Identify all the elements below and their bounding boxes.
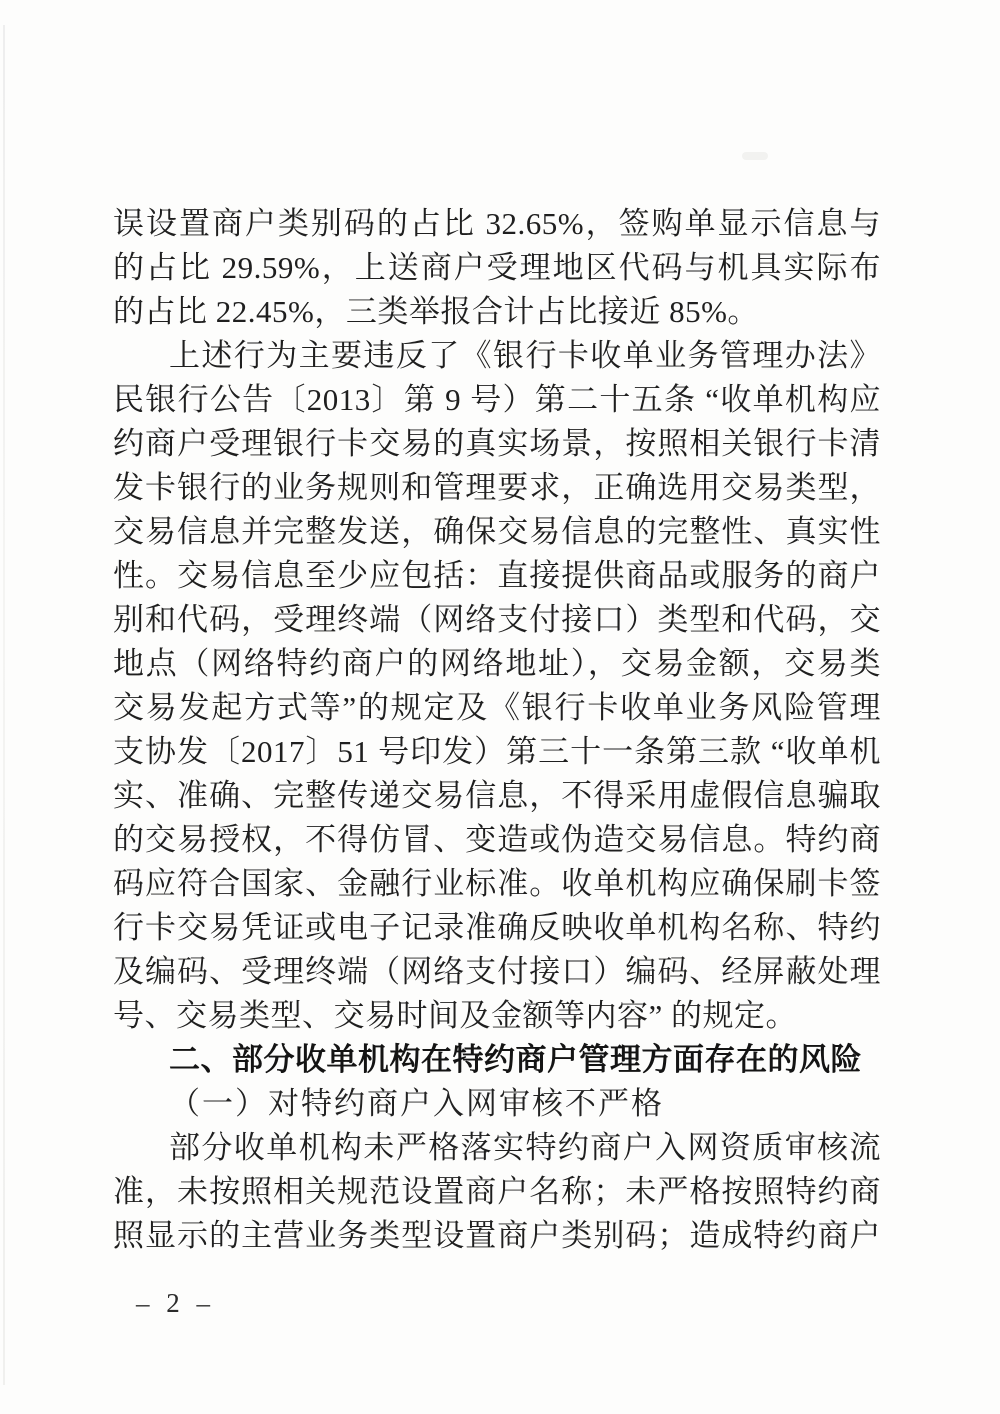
paragraph-line: 实、准确、完整传递交易信息，不得采用虚假信息骗取发卡银行 xyxy=(113,774,881,818)
scan-smudge-artifact xyxy=(742,152,768,160)
text-block: 误设置商户类别码的占比 32.65%，签购单显示信息与事实不符 的占比 29.5… xyxy=(113,202,881,1258)
paragraph-line: 发卡银行的业务规则和管理要求，正确选用交易类型，准确标识 xyxy=(113,466,881,510)
paragraph-end-line: 的占比 22.45%，三类举报合计占比接近 85%。 xyxy=(113,290,881,334)
paragraph-line: 误设置商户类别码的占比 32.65%，签购单显示信息与事实不符 xyxy=(113,202,881,246)
page-number: – 2 – xyxy=(136,1288,215,1319)
paragraph-line: 准，未按照相关规范设置商户名称；未严格按照特约商户营业执 xyxy=(113,1170,881,1214)
paragraph-line: 照显示的主营业务类型设置商户类别码；造成特约商户基本信息 xyxy=(113,1214,881,1258)
paragraph-line: 支协发〔2017〕51 号印发）第三十一条第三款 “收单机构应真 xyxy=(113,730,881,774)
paragraph-line: 码应符合国家、金融行业标准。收单机构应确保刷卡签购单等银 xyxy=(113,862,881,906)
paragraph-line: 约商户受理银行卡交易的真实场景，按照相关银行卡清算机构和 xyxy=(113,422,881,466)
paragraph-line: 的交易授权，不得仿冒、变造或伪造交易信息。特约商户类别代 xyxy=(113,818,881,862)
paragraph-line: 性。交易信息至少应包括：直接提供商品或服务的商户名称、类 xyxy=(113,554,881,598)
paragraph-line: 交易信息并完整发送，确保交易信息的完整性、真实性和可追溯 xyxy=(113,510,881,554)
document-page: 误设置商户类别码的占比 32.65%，签购单显示信息与事实不符 的占比 29.5… xyxy=(0,0,1000,1414)
subsection-heading: （一）对特约商户入网审核不严格 xyxy=(113,1082,881,1126)
section-heading: 二、部分收单机构在特约商户管理方面存在的风险漏洞 xyxy=(113,1038,881,1082)
paragraph-line: 交易发起方式等”的规定及《银行卡收单业务风险管理指引》（中 xyxy=(113,686,881,730)
paragraph-start-line: 上述行为主要违反了《银行卡收单业务管理办法》（中国人 xyxy=(113,334,881,378)
paragraph-line: 别和代码，受理终端（网络支付接口）类型和代码，交易时间和 xyxy=(113,598,881,642)
paragraph-line: 及编码、受理终端（网络支付接口）编码、经屏蔽处理的银行卡 xyxy=(113,950,881,994)
paragraph-end-line: 号、交易类型、交易时间及金额等内容” 的规定。 xyxy=(113,994,881,1038)
scan-edge-artifact xyxy=(3,25,5,1385)
paragraph-line: 的占比 29.59%，上送商户受理地区代码与机具实际布放地不符 xyxy=(113,246,881,290)
paragraph-line: 民银行公告〔2013〕第 9 号）第二十五条 “收单机构应当根据特 xyxy=(113,378,881,422)
paragraph-line: 地点（网络特约商户的网络地址），交易金额，交易类型和渠道， xyxy=(113,642,881,686)
paragraph-line: 行卡交易凭证或电子记录准确反映收单机构名称、特约商户名称 xyxy=(113,906,881,950)
paragraph-start-line: 部分收单机构未严格落实特约商户入网资质审核流程及标 xyxy=(113,1126,881,1170)
